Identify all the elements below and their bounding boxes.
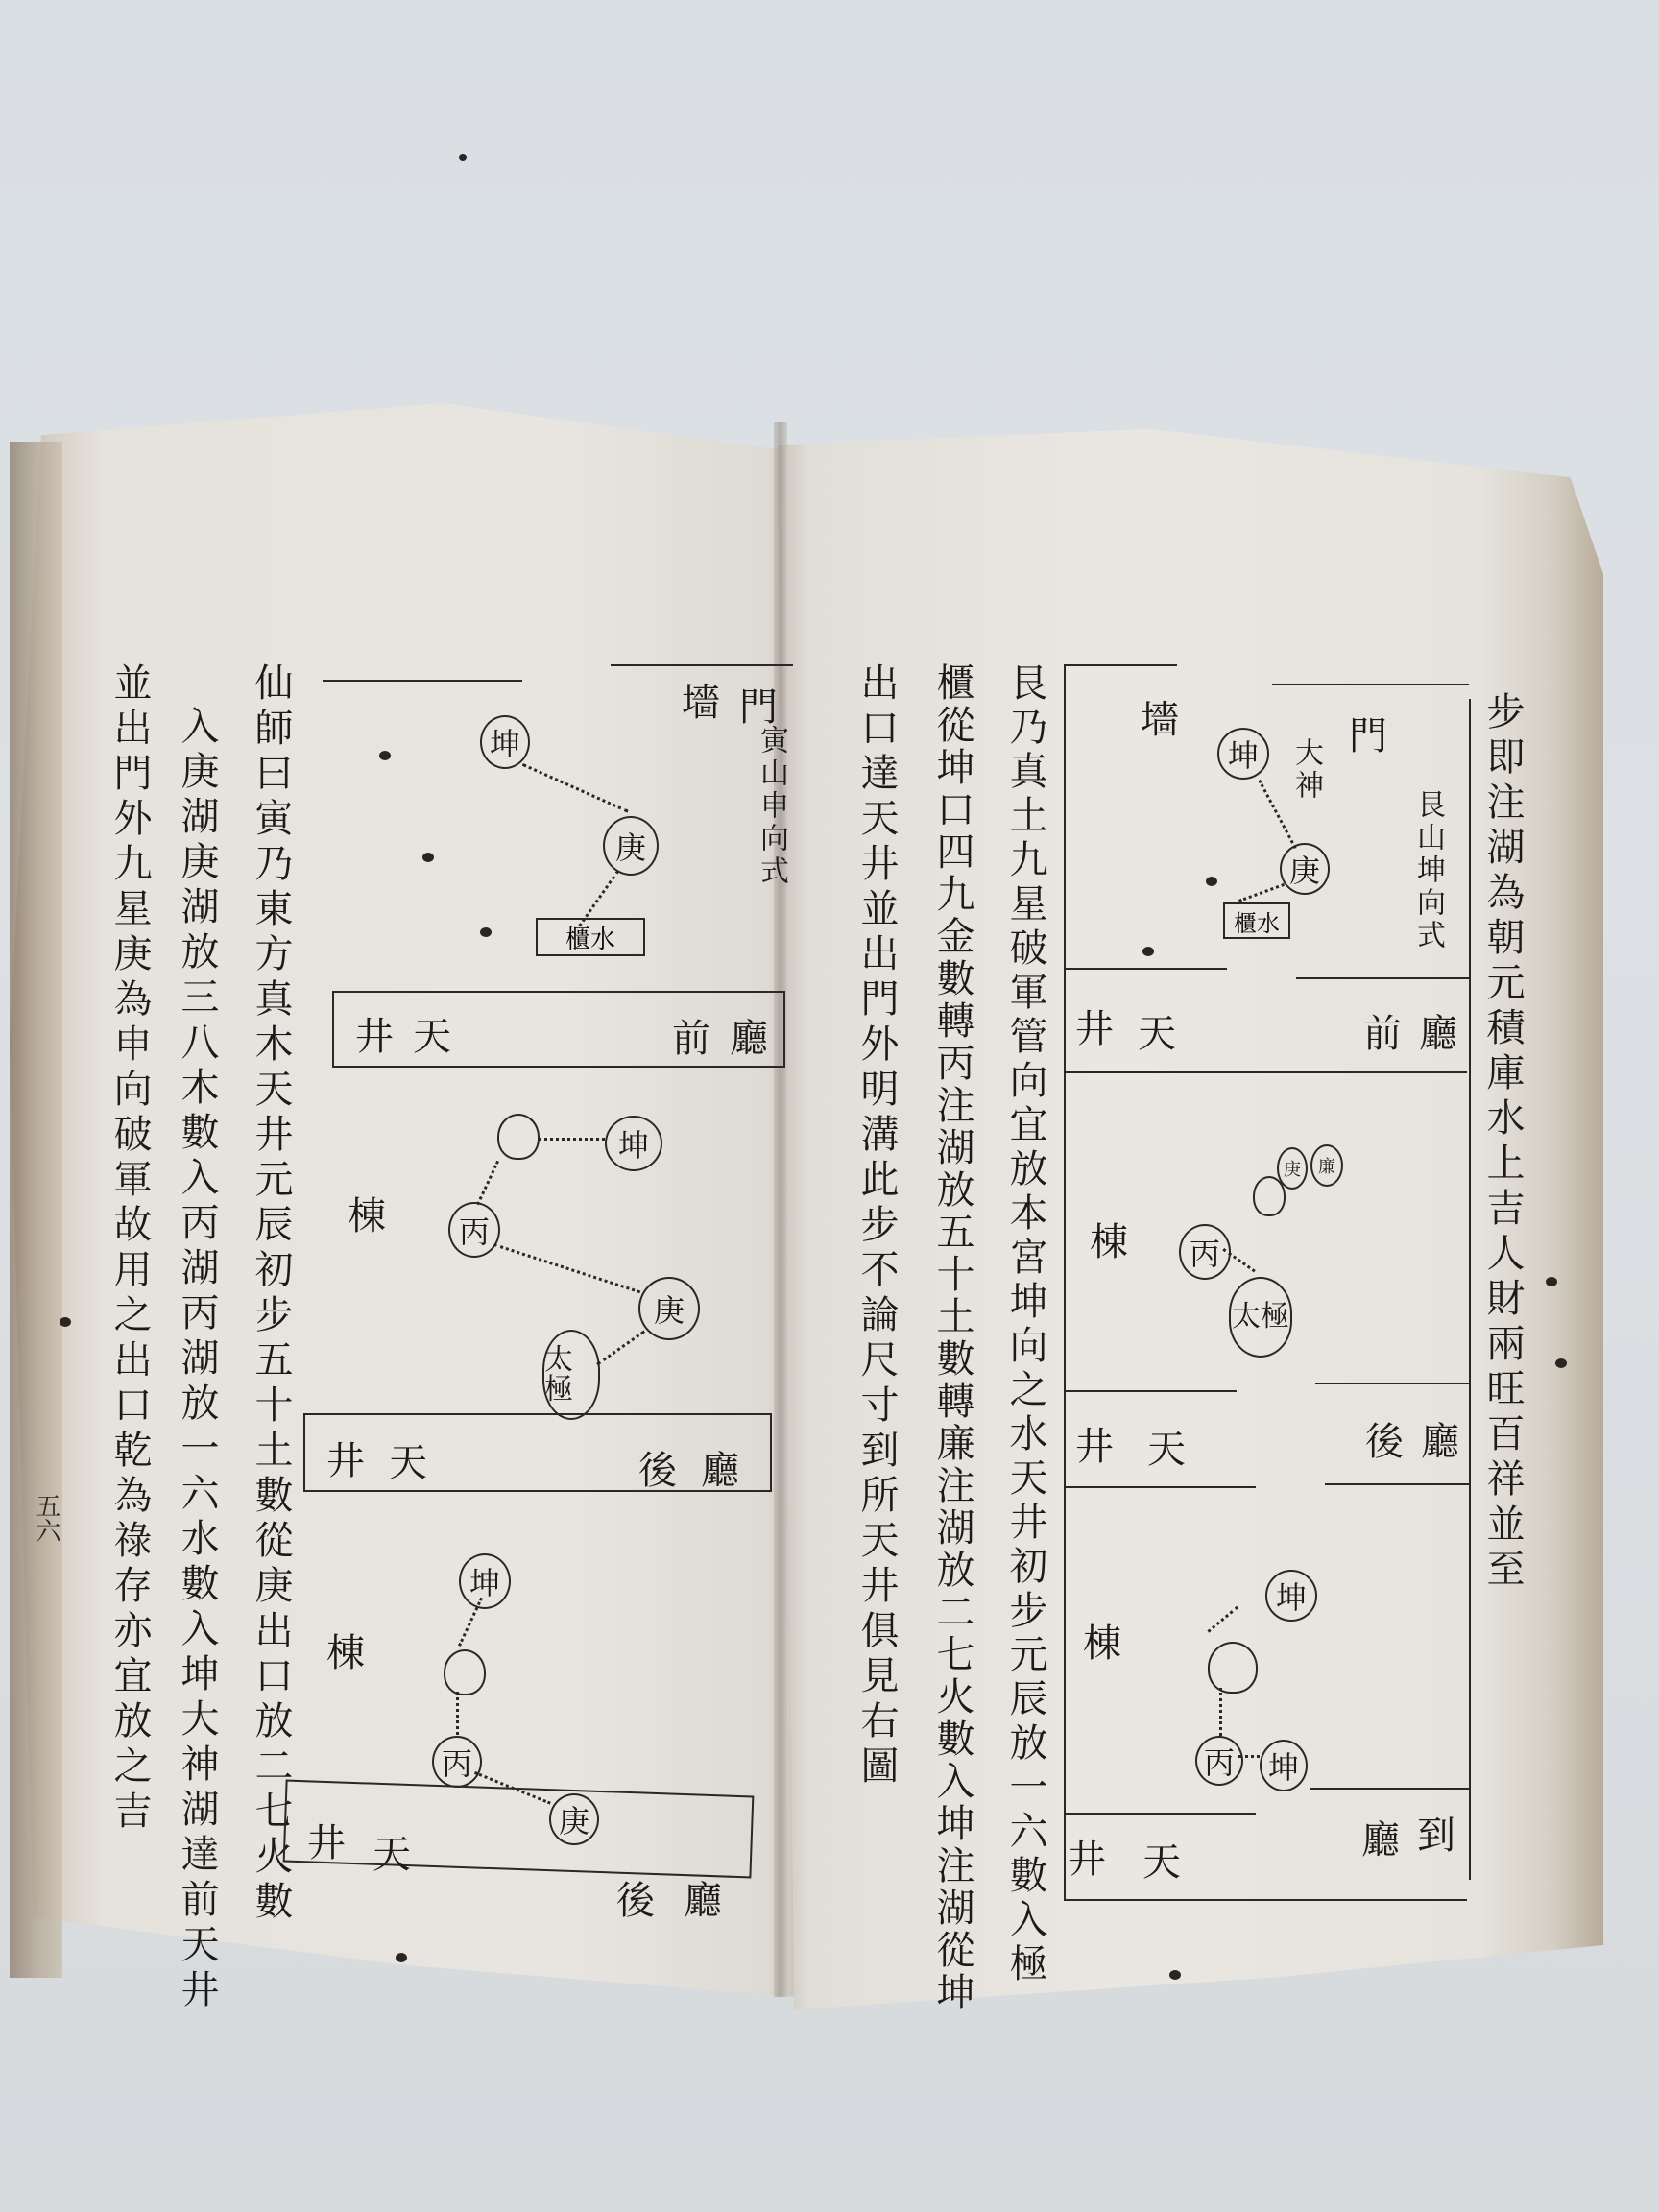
building-label: 棟 (1083, 1613, 1121, 1668)
band-line (1315, 1382, 1469, 1384)
flow-line (456, 1692, 459, 1735)
band-line (1064, 1813, 1256, 1815)
band-line (1325, 1483, 1469, 1485)
open-book: 五六 並出門外九星庚為申向破軍故用之出口乾為祿存亦宜放之吉 入庚湖庚湖放三八木數… (0, 0, 1659, 2212)
gate-label: 門 (739, 677, 778, 732)
gourd-pool-icon (1253, 1176, 1286, 1216)
geng-node-2: 庚 (638, 1277, 700, 1340)
binding-hole (396, 1953, 407, 1962)
arrive-hall-label-2: 廳 (1361, 1810, 1400, 1864)
left-text-column-3: 仙師曰寅乃東方真木天井元辰初步五十土數從庚出口放二七火數 (252, 662, 290, 1926)
geng-node: 庚 (603, 816, 659, 876)
diagram-right-border (1469, 699, 1471, 1880)
water-cabinet-box: 櫃水 (536, 918, 645, 956)
water-cabinet-label: 櫃水 (1234, 904, 1280, 938)
kun-node-3: 坤 (459, 1553, 511, 1609)
left-text-column-1: 並出門外九星庚為申向破軍故用之出口乾為祿存亦宜放之吉 (110, 662, 149, 1836)
right-text-column-4: 出口達天井並出門外明溝此步不論尺寸到所天井俱見右圖 (857, 662, 896, 1791)
front-hall-label-1: 前 (672, 1008, 710, 1063)
courtyard-label-2: 井 (1075, 998, 1114, 1053)
courtyard-label-1: 天 (389, 1432, 427, 1487)
binding-hole (1555, 1358, 1567, 1368)
back-hall-label-2: 廳 (1421, 1411, 1459, 1466)
back-hall-label-2: 廳 (701, 1440, 739, 1495)
building-label: 棟 (348, 1186, 386, 1240)
right-page (778, 413, 1603, 2026)
taiji-node: 太極 (1229, 1277, 1292, 1358)
band-line (1064, 1071, 1467, 1073)
water-cabinet-label: 櫃水 (565, 920, 615, 955)
gourd-pool-icon (1208, 1642, 1258, 1694)
band-line (1064, 1486, 1256, 1488)
ink-dot (480, 927, 492, 937)
binding-hole (1546, 1277, 1557, 1286)
wall-line (1272, 684, 1469, 685)
wall-label: 墻 (1141, 689, 1179, 744)
bing-node-2: 丙 (432, 1736, 482, 1788)
right-text-column-2: 艮乃真土九星破軍管向宜放本宮坤向之水天井初步元辰放一六數入極 (1006, 662, 1045, 1987)
bing-node: 丙 (1179, 1224, 1231, 1280)
back-hall-label-2: 廳 (684, 1870, 722, 1925)
courtyard-label-1: 天 (1142, 1832, 1181, 1887)
kun-node: 坤 (1217, 728, 1269, 780)
band-line (1064, 968, 1227, 970)
ink-dot (422, 853, 434, 862)
kun-node-2: 坤 (1265, 1570, 1317, 1622)
kun-node: 坤 (480, 715, 530, 769)
back-hall-label-1: 後 (638, 1440, 677, 1495)
front-hall-label-2: 廳 (730, 1008, 768, 1063)
building-label: 棟 (326, 1623, 365, 1677)
band-line (1296, 977, 1469, 979)
wall-label: 墻 (682, 672, 720, 727)
courtyard-label-1: 天 (1147, 1419, 1186, 1474)
dashen-label: 大神 (1291, 737, 1320, 803)
flow-line (538, 1138, 605, 1141)
page-number: 五六 (29, 1493, 64, 1543)
kun-node-2: 坤 (605, 1116, 662, 1171)
ink-dot (1142, 947, 1154, 956)
bing-node-2: 丙 (1195, 1736, 1243, 1786)
geng-node: 庚 (1280, 843, 1330, 895)
courtyard-label-1: 天 (413, 1006, 451, 1061)
courtyard-label-2: 井 (1068, 1829, 1106, 1884)
back-hall-band-2 (283, 1780, 755, 1879)
wall-line (1064, 664, 1177, 666)
gate-label: 門 (1349, 706, 1387, 760)
water-cabinet-box: 櫃水 (1223, 902, 1290, 939)
diagram-title: 艮山坤向式 (1413, 789, 1442, 952)
lian-node: 廉 (1310, 1144, 1343, 1187)
band-line (1064, 1390, 1237, 1392)
band-line (1310, 1788, 1469, 1790)
right-text-column-3: 櫃從坤口四九金數轉丙注湖放五十土數轉廉注湖放二七火數入坤注湖從坤 (933, 662, 972, 2014)
wall-line (611, 664, 793, 666)
courtyard-label-1: 天 (1138, 1003, 1176, 1058)
right-text-column-1: 步即注湖為朝元積庫水上吉人財兩旺百祥並至 (1483, 691, 1522, 1594)
book-spine (774, 422, 787, 1997)
flow-line (1238, 1755, 1260, 1758)
back-hall-label-1: 後 (616, 1870, 655, 1925)
courtyard-label-2: 井 (326, 1431, 365, 1485)
ink-dot (1206, 877, 1217, 886)
binding-hole (1169, 1970, 1181, 1980)
flow-line (1219, 1688, 1222, 1736)
bing-node: 丙 (448, 1202, 500, 1258)
taiji-node: 太極 (542, 1330, 600, 1420)
wall-line (323, 680, 522, 682)
kun-node-3: 坤 (1260, 1740, 1308, 1791)
arrive-hall-label-1: 到 (1417, 1805, 1455, 1860)
front-hall-label-1: 前 (1363, 1003, 1402, 1058)
courtyard-label-2: 井 (355, 1006, 394, 1061)
back-hall-label-1: 後 (1365, 1411, 1404, 1466)
courtyard-label-2: 井 (307, 1813, 346, 1867)
gourd-pool-icon (497, 1114, 540, 1160)
diagram-left-border (1064, 664, 1066, 1901)
front-hall-label-2: 廳 (1419, 1003, 1457, 1058)
ink-dot (379, 751, 391, 760)
speck (459, 154, 467, 161)
band-line (1064, 1899, 1467, 1901)
page-edge-left (10, 442, 62, 1978)
binding-hole (60, 1317, 71, 1327)
front-hall-band (332, 991, 785, 1068)
left-text-column-2: 入庚湖庚湖放三八木數入丙湖丙湖放一六水數入坤大神湖達前天井 (178, 706, 216, 2014)
gourd-pool-icon (444, 1649, 486, 1695)
diagram-title: 寅山申向式 (757, 725, 785, 888)
building-label: 棟 (1090, 1212, 1128, 1266)
courtyard-label-1: 天 (373, 1824, 411, 1879)
courtyard-label-2: 井 (1075, 1416, 1114, 1471)
